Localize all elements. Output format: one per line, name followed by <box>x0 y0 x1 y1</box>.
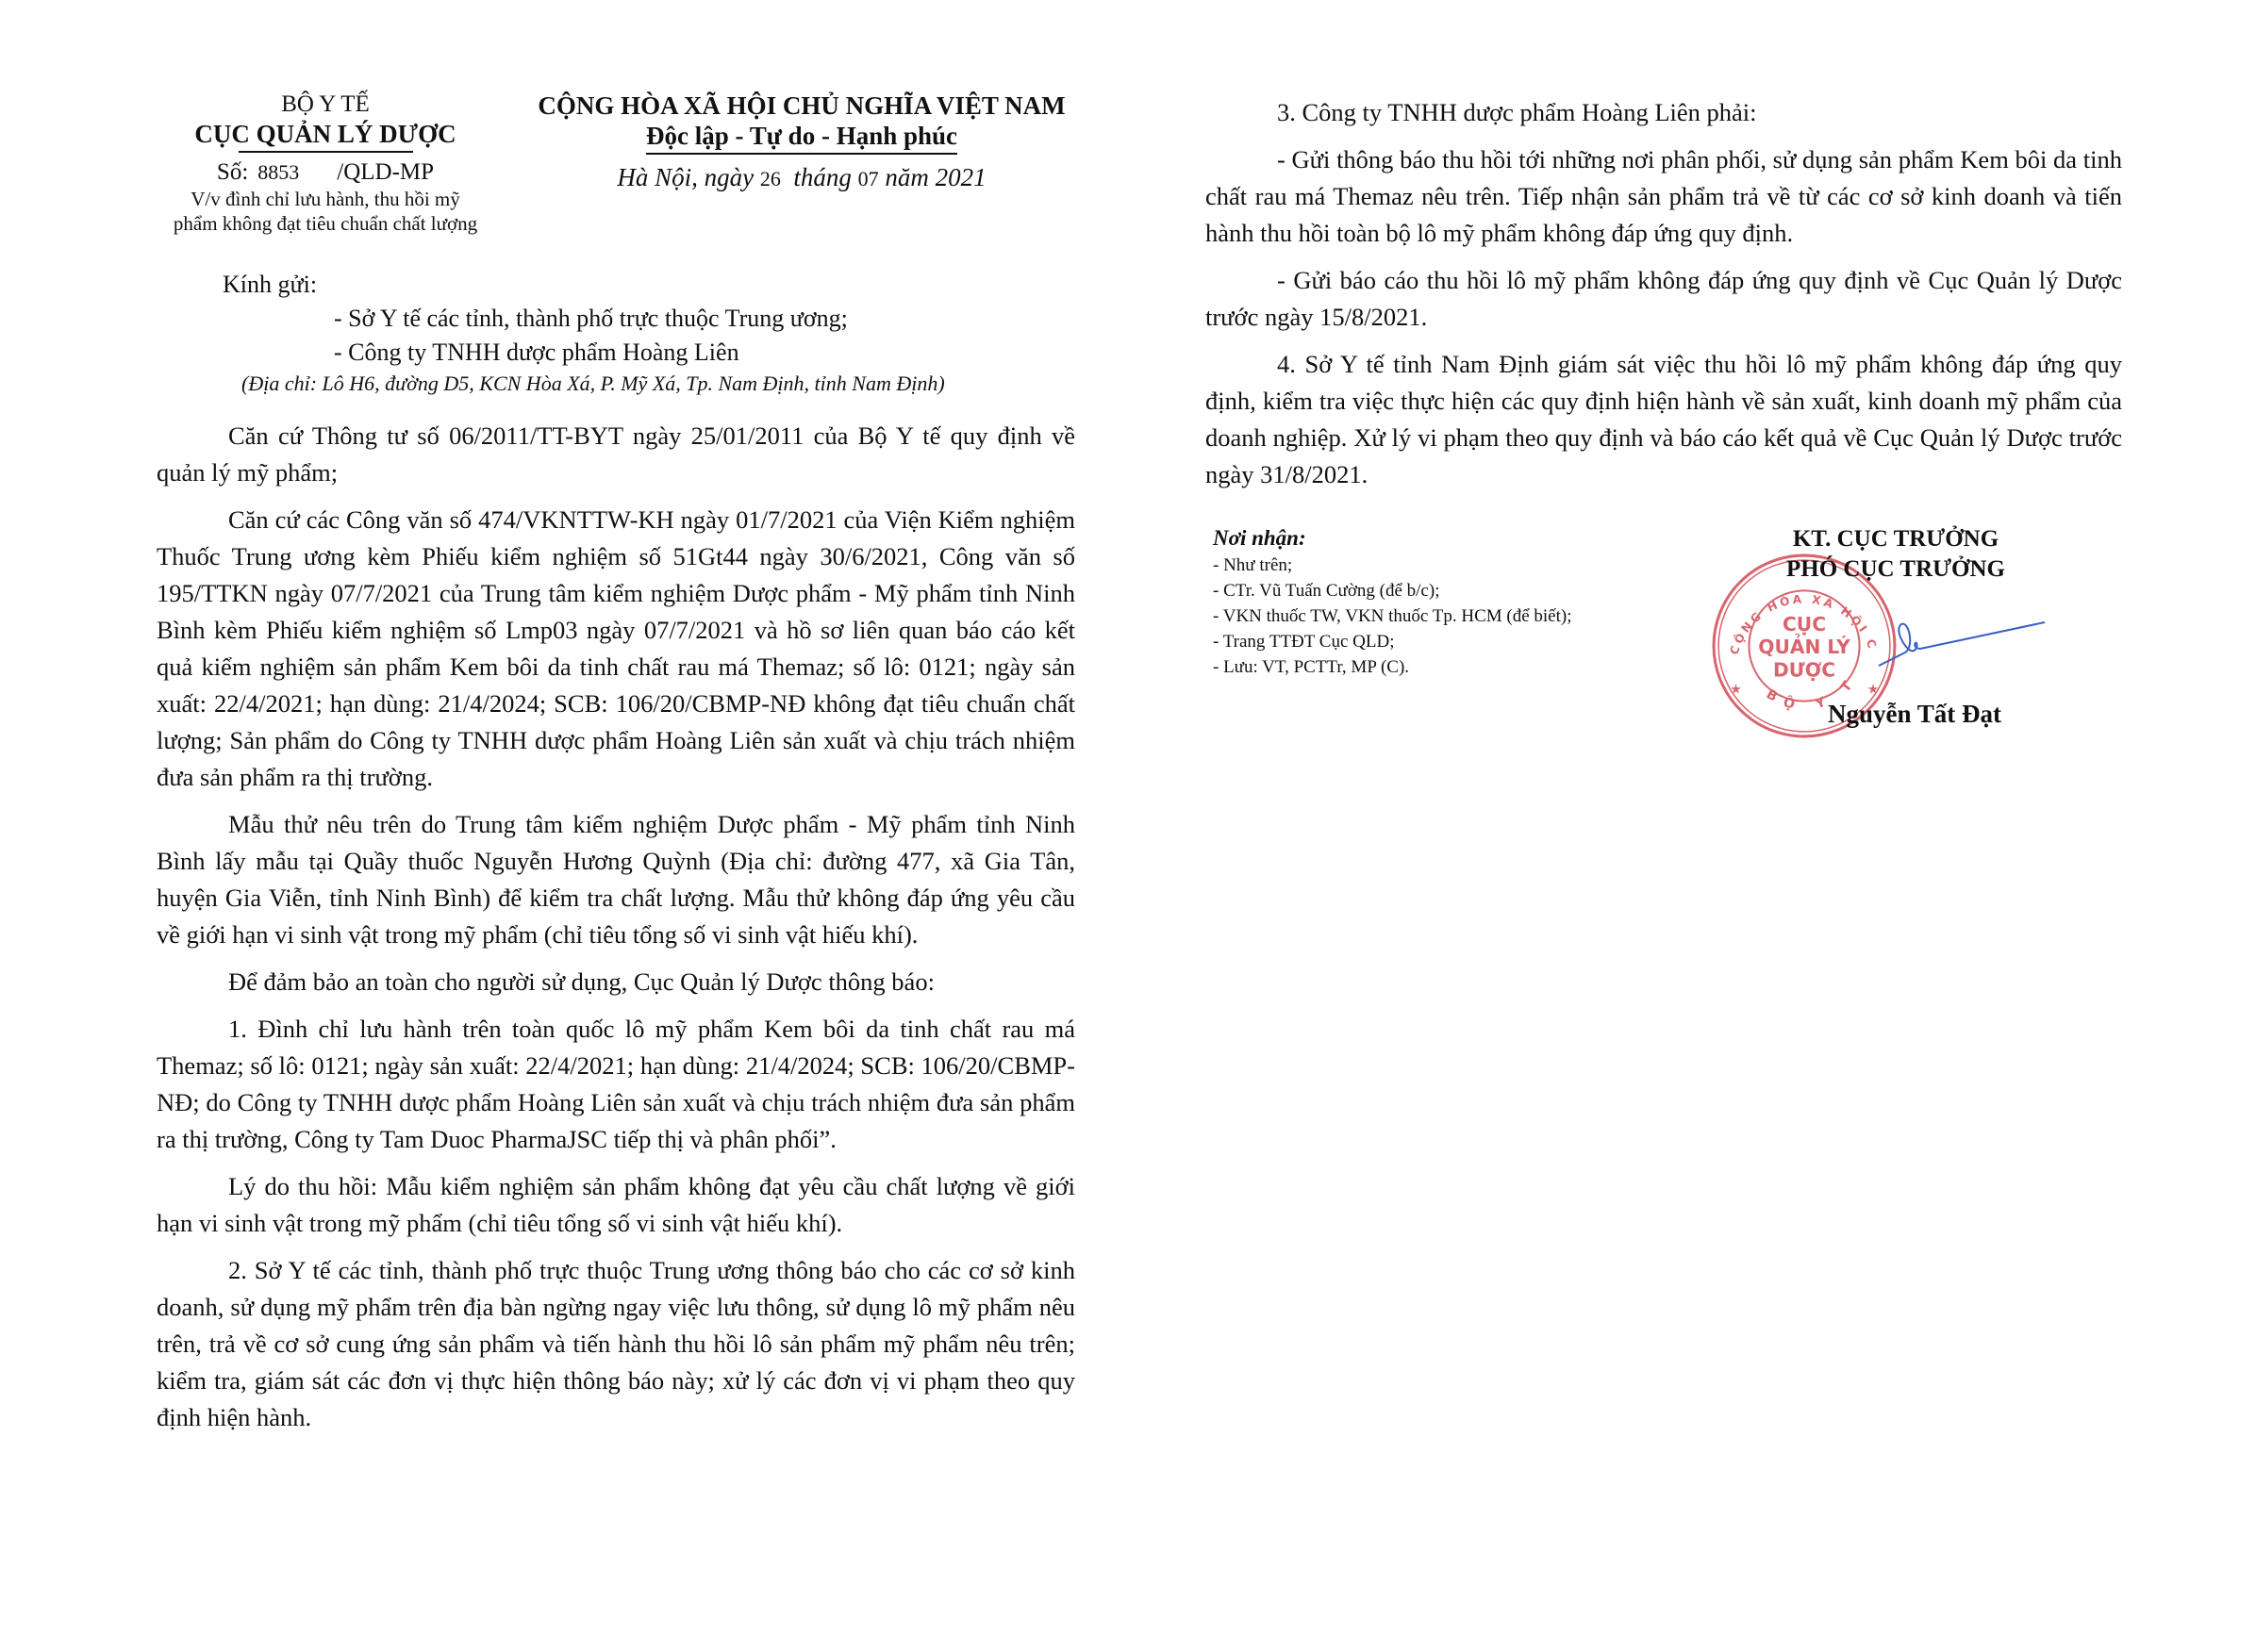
paragraph: 4. Sở Y tế tỉnh Nam Định giám sát việc t… <box>1205 346 2122 493</box>
distribution-item: - Trang TTĐT Cục QLD; <box>1213 629 1703 654</box>
distribution-item: - Lưu: VT, PCTTr, MP (C). <box>1213 654 1703 680</box>
paragraph: - Gửi thông báo thu hồi tới những nơi ph… <box>1205 141 2122 252</box>
signer-name: Nguyễn Tất Đạt <box>1679 700 2113 729</box>
paragraph: Mẫu thử nêu trên do Trung tâm kiểm nghiệ… <box>157 806 1075 953</box>
recipient-item: - Sở Y tế các tỉnh, thành phố trực thuộc… <box>223 302 945 336</box>
subject-line-1: V/v đình chỉ lưu hành, thu hồi mỹ <box>141 187 509 211</box>
distribution-title: Nơi nhận: <box>1213 524 1703 553</box>
paragraph: Căn cứ Thông tư số 06/2011/TT-BYT ngày 2… <box>157 418 1075 491</box>
document-number: Số:8853/QLD-MP <box>141 158 509 187</box>
recipients-label: Kính gửi: <box>223 268 945 302</box>
recipient-address: (Địa chỉ: Lô H6, đường D5, KCN Hòa Xá, P… <box>223 370 945 398</box>
motto-underline <box>646 153 957 155</box>
signer-title: PHÓ CỤC TRƯỞNG <box>1679 554 2113 585</box>
motto: Độc lập - Tự do - Hạnh phúc <box>509 121 1094 151</box>
distribution-item: - VKN thuốc TW, VKN thuốc Tp. HCM (để bi… <box>1213 603 1703 629</box>
paragraph: Lý do thu hồi: Mẫu kiểm nghiệm sản phẩm … <box>157 1168 1075 1242</box>
recipient-item: - Công ty TNHH dược phẩm Hoàng Liên <box>223 336 945 370</box>
distribution-item: - Như trên; <box>1213 553 1703 578</box>
agency-name: CỤC QUẢN LÝ DƯỢC <box>141 119 509 149</box>
paragraph: Căn cứ các Công văn số 474/VKNTTW-KH ngà… <box>157 502 1075 796</box>
paragraph: Để đảm bảo an toàn cho người sử dụng, Cụ… <box>157 964 1075 1000</box>
agency-underline <box>239 151 413 153</box>
paragraph: 1. Đình chỉ lưu hành trên toàn quốc lô m… <box>157 1011 1075 1158</box>
distribution-item: - CTr. Vũ Tuấn Cường (để b/c); <box>1213 578 1703 603</box>
issue-date: Hà Nội, ngày 26 tháng 07 năm 2021 <box>509 162 1094 194</box>
signature-block: KT. CỤC TRƯỞNG PHÓ CỤC TRƯỞNG Nguyễn Tất… <box>1679 524 2113 729</box>
paragraph: 2. Sở Y tế các tỉnh, thành phố trực thuộ… <box>157 1252 1075 1436</box>
doc-number-value: 8853 <box>257 160 299 184</box>
body-right-column: 3. Công ty TNHH dược phẩm Hoàng Liên phả… <box>1205 94 2122 504</box>
national-title-block: CỘNG HÒA XÃ HỘI CHỦ NGHĨA VIỆT NAM Độc l… <box>509 91 1094 194</box>
country-name: CỘNG HÒA XÃ HỘI CHỦ NGHĨA VIỆT NAM <box>509 91 1094 121</box>
paragraph: 3. Công ty TNHH dược phẩm Hoàng Liên phả… <box>1205 94 2122 131</box>
distribution-list: Nơi nhận: - Như trên; - CTr. Vũ Tuấn Cườ… <box>1213 524 1703 680</box>
paragraph: - Gửi báo cáo thu hồi lô mỹ phẩm không đ… <box>1205 262 2122 336</box>
issuer-block: BỘ Y TẾ CỤC QUẢN LÝ DƯỢC Số:8853/QLD-MP … <box>141 91 509 236</box>
subject-line-2: phẩm không đạt tiêu chuẩn chất lượng <box>141 211 509 236</box>
recipients: Kính gửi: - Sở Y tế các tỉnh, thành phố … <box>223 268 945 398</box>
signer-authority: KT. CỤC TRƯỞNG <box>1679 524 2113 554</box>
ministry-name: BỘ Y TẾ <box>141 91 509 119</box>
body-left-column: Căn cứ Thông tư số 06/2011/TT-BYT ngày 2… <box>157 418 1075 1446</box>
